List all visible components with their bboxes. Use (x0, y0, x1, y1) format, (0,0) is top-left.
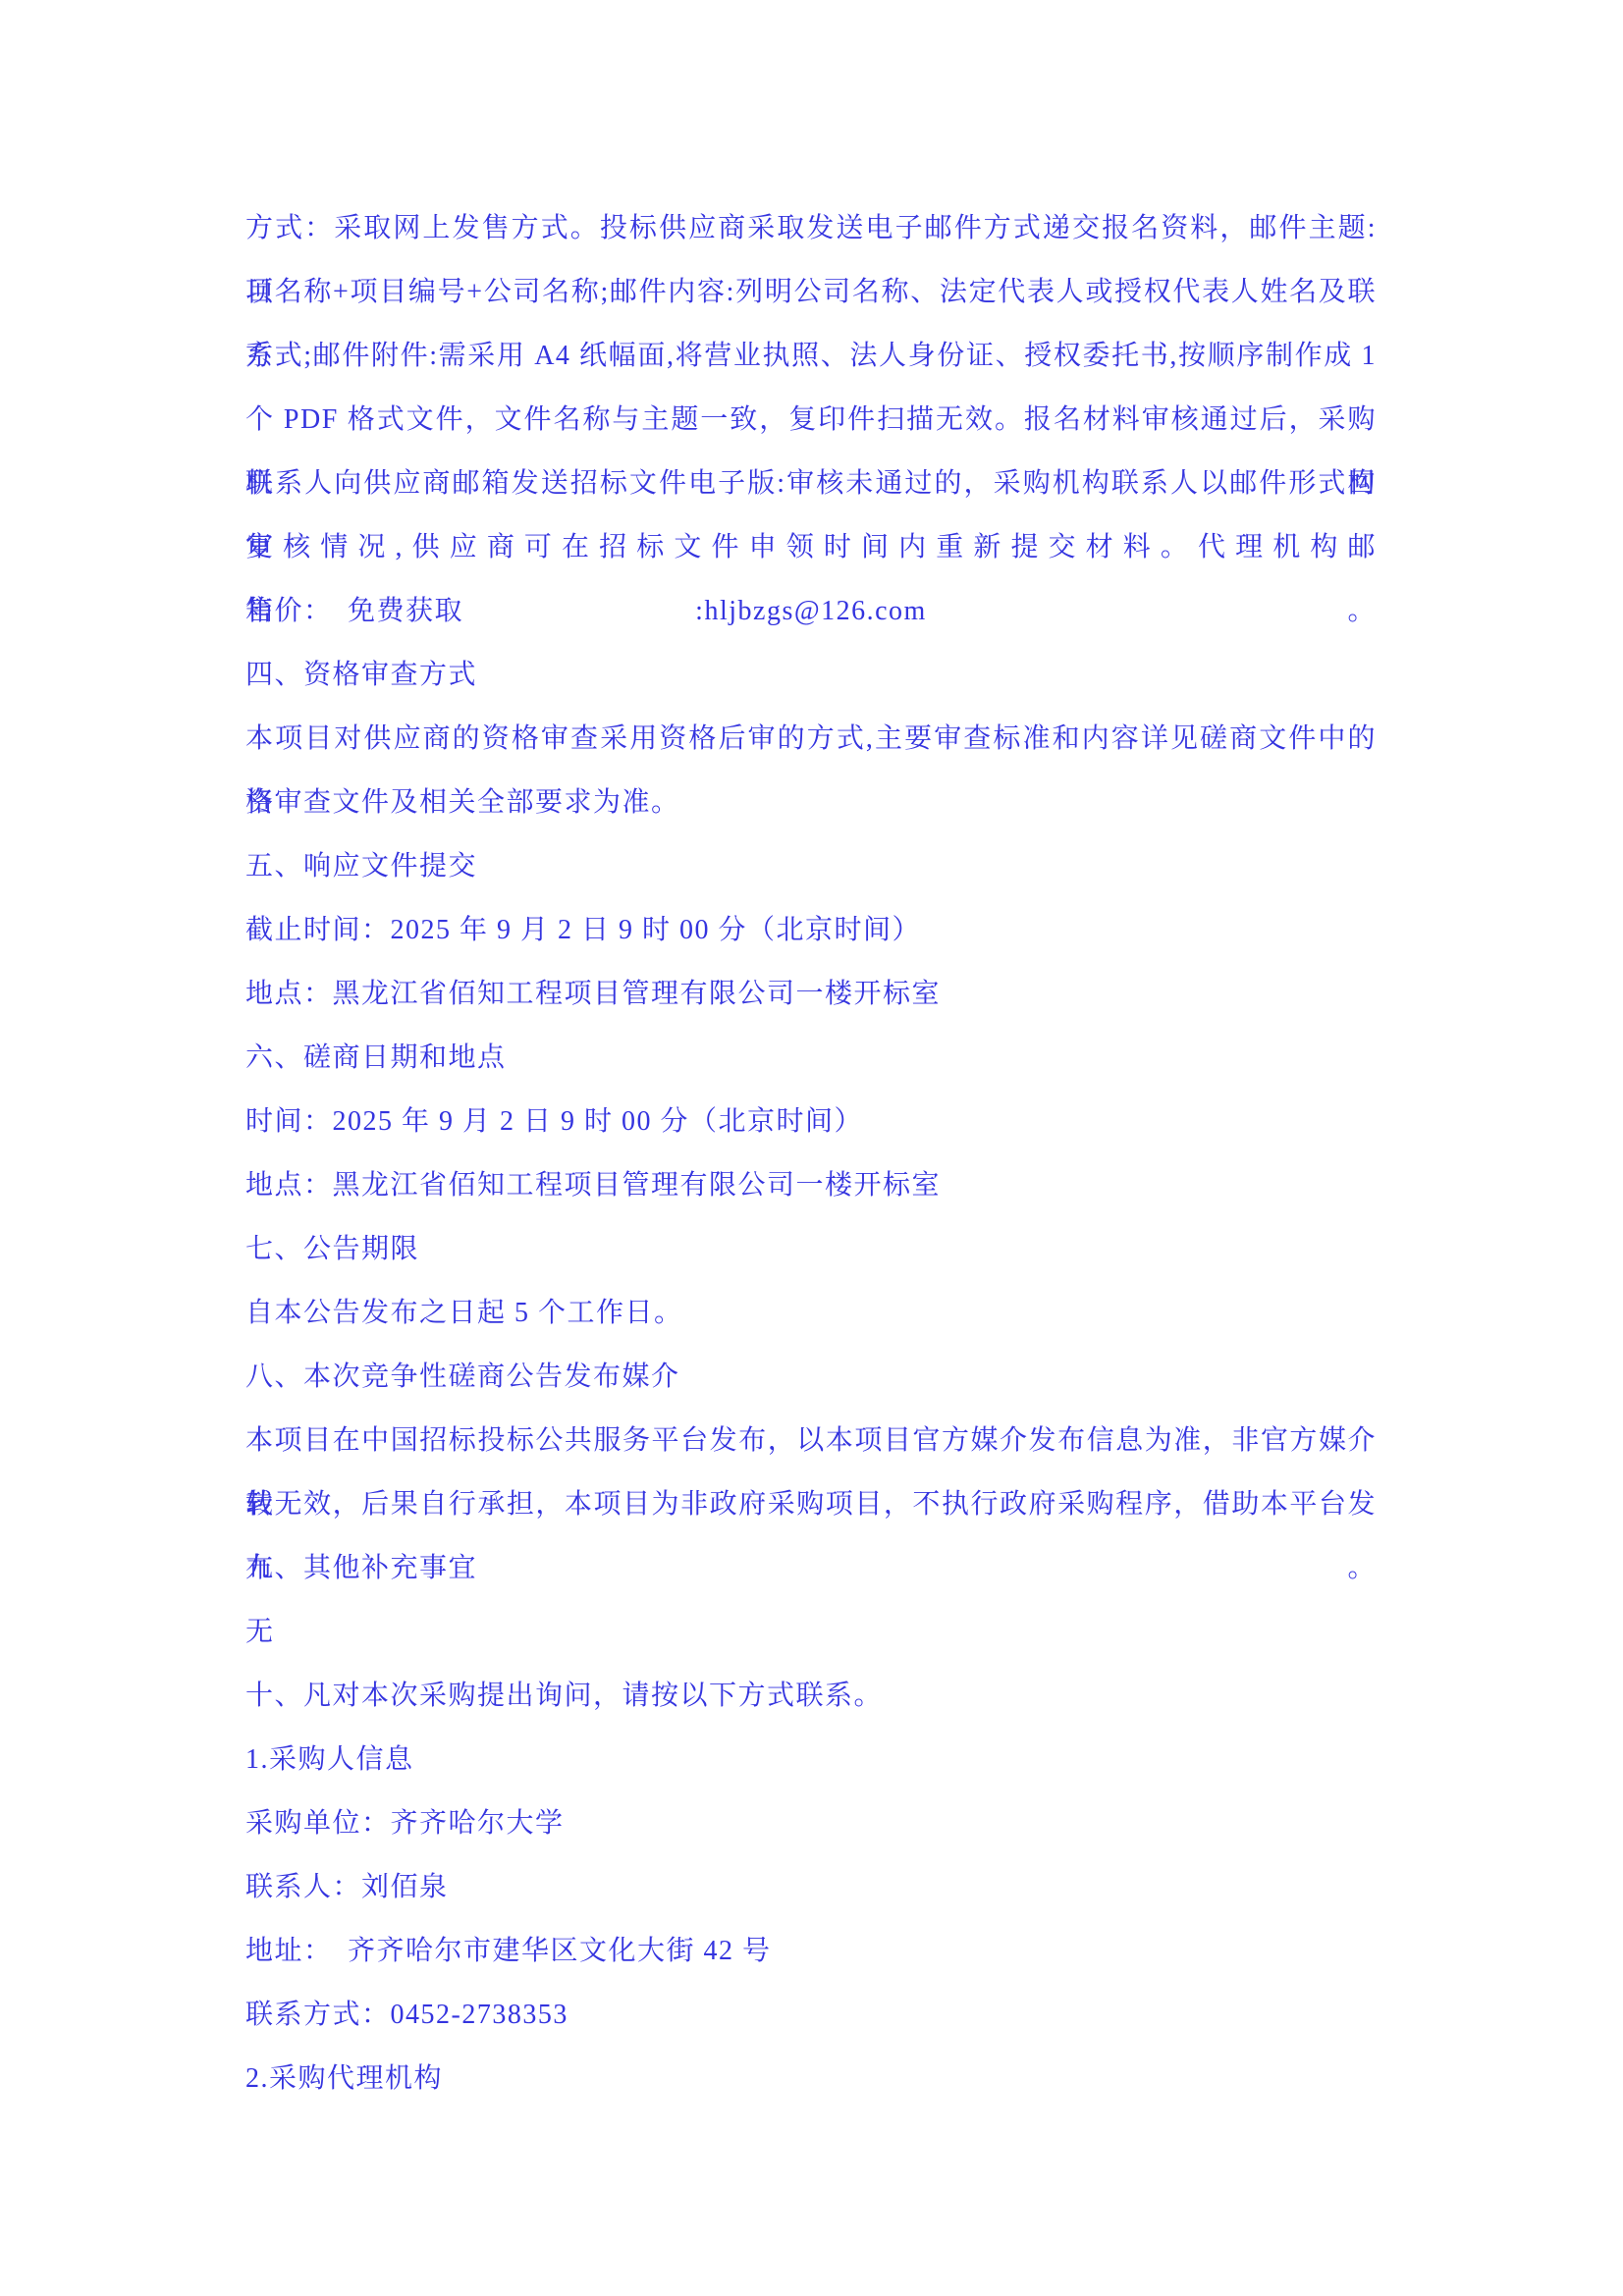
text-line: 联系人：刘佰泉 (245, 1855, 1377, 1919)
text-line: 联系方式：0452-2738353 (245, 1983, 1377, 2047)
text-line: 截止时间：2025 年 9 月 2 日 9 时 00 分（北京时间） (245, 898, 1377, 962)
document-body: 方式：采取网上发售方式。投标供应商采取发送电子邮件方式递交报名资料，邮件主题:项… (245, 196, 1377, 2110)
text-line: 联系人向供应商邮箱发送招标文件电子版:审核未通过的，采购机构联系人以邮件形式回复 (245, 452, 1377, 515)
section-heading: 六、磋商日期和地点 (245, 1026, 1377, 1090)
text-line: 审核情况,供应商可在招标文件申领时间内重新提交材料。代理机构邮箱:hljbzgs… (245, 515, 1377, 579)
text-line: 方式：采取网上发售方式。投标供应商采取发送电子邮件方式递交报名资料，邮件主题:项 (245, 196, 1377, 260)
text-line: 采购单位：齐齐哈尔大学 (245, 1791, 1377, 1855)
section-heading: 十、凡对本次采购提出询问，请按以下方式联系。 (245, 1664, 1377, 1728)
section-heading: 八、本次竞争性磋商公告发布媒介 (245, 1345, 1377, 1409)
section-heading: 七、公告期限 (245, 1217, 1377, 1281)
text-line: 方式;邮件附件:需采用 A4 纸幅面,将营业执照、法人身份证、授权委托书,按顺序… (245, 324, 1377, 388)
text-line: 地址： 齐齐哈尔市建华区文化大街 42 号 (245, 1919, 1377, 1983)
text-line: 无 (245, 1600, 1377, 1664)
text-line: 本项目对供应商的资格审查采用资格后审的方式,主要审查标准和内容详见磋商文件中的资 (245, 707, 1377, 771)
text-line: 目名称+项目编号+公司名称;邮件内容:列明公司名称、法定代表人或授权代表人姓名及… (245, 260, 1377, 324)
text-line: 格审查文件及相关全部要求为准。 (245, 771, 1377, 834)
text-line: 时间：2025 年 9 月 2 日 9 时 00 分（北京时间） (245, 1090, 1377, 1153)
text-line: 载无效，后果自行承担，本项目为非政府采购项目，不执行政府采购程序，借助本平台发布… (245, 1472, 1377, 1536)
text-line: 地点：黑龙江省佰知工程项目管理有限公司一楼开标室 (245, 962, 1377, 1026)
text-line: 个 PDF 格式文件，文件名称与主题一致，复印件扫描无效。报名材料审核通过后，采… (245, 388, 1377, 452)
text-line: 地点：黑龙江省佰知工程项目管理有限公司一楼开标室 (245, 1153, 1377, 1217)
text-line: 本项目在中国招标投标公共服务平台发布，以本项目官方媒介发布信息为准，非官方媒介转 (245, 1409, 1377, 1472)
subsection-heading: 1.采购人信息 (245, 1728, 1377, 1791)
text-line: 自本公告发布之日起 5 个工作日。 (245, 1281, 1377, 1345)
document-page: 方式：采取网上发售方式。投标供应商采取发送电子邮件方式递交报名资料，邮件主题:项… (0, 0, 1623, 2296)
section-heading: 四、资格审查方式 (245, 643, 1377, 707)
section-heading: 五、响应文件提交 (245, 834, 1377, 898)
subsection-heading: 2.采购代理机构 (245, 2047, 1377, 2110)
